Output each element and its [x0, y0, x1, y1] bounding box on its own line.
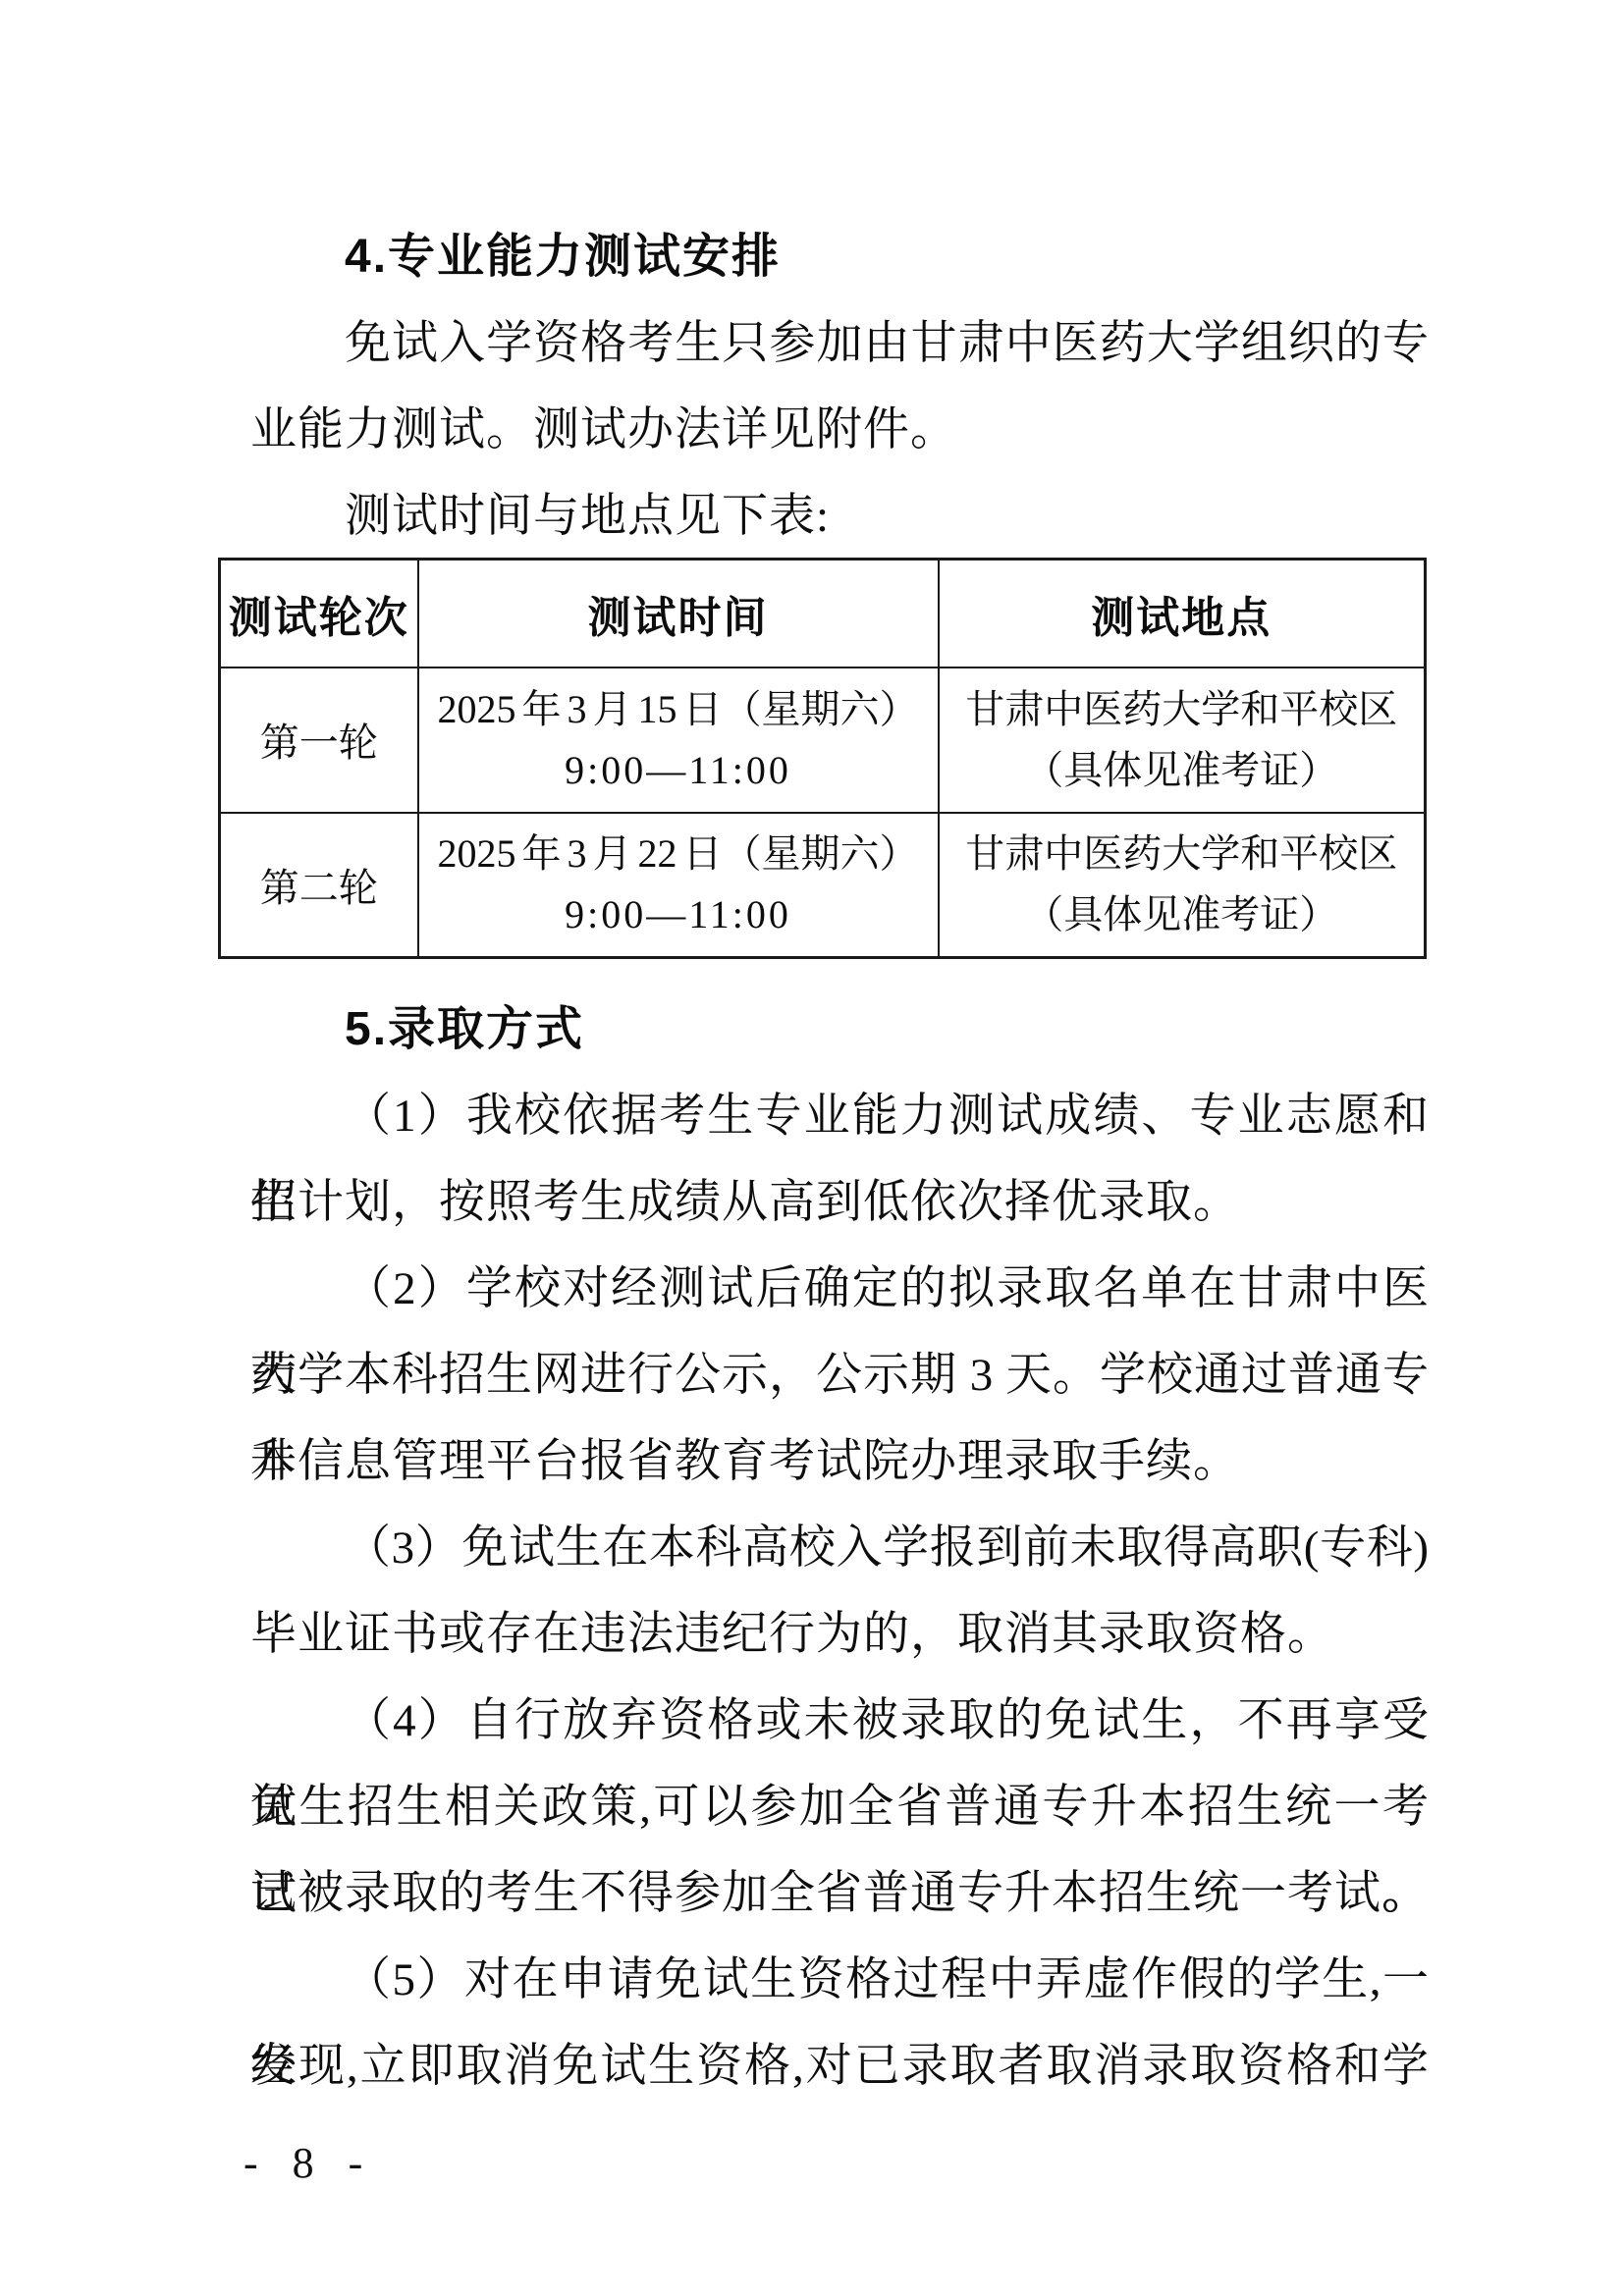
location-cell: 甘肃中医药大学和平校区 （具体见准考证）	[939, 667, 1426, 813]
text-line: （3）免试生在本科高校入学报到前未取得高职(专科)	[250, 1505, 1429, 1591]
section-4-heading: 4.专业能力测试安排	[250, 214, 1429, 300]
text-line: 毕业证书或存在违法违纪行为的，取消其录取资格。	[250, 1591, 1429, 1678]
time-cell: 2025 年 3 月 15 日（星期六） 9:00—11:00	[418, 667, 939, 813]
test-schedule-table: 测试轮次 测试时间 测试地点 第一轮 2025 年 3 月 15 日（星期六） …	[218, 558, 1427, 959]
text-line: 业能力测试。测试办法详见附件。	[250, 387, 1429, 473]
table-header-row: 测试轮次 测试时间 测试地点	[220, 560, 1426, 667]
header-cell-time: 测试时间	[418, 560, 939, 667]
time-hours: 9:00—11:00	[419, 884, 938, 945]
text-line: 本信息管理平台报省教育考试院办理录取手续。	[250, 1418, 1429, 1505]
text-line: 已被录取的考生不得参加全省普通专升本招生统一考试。	[250, 1850, 1429, 1937]
section-4: 4.专业能力测试安排 免试入学资格考生只参加由甘肃中医药大学组织的专 业能力测试…	[250, 214, 1429, 560]
header-cell-location: 测试地点	[939, 560, 1426, 667]
text-line: 发现,立即取消免试生资格,对已录取者取消录取资格和学	[250, 2023, 1429, 2109]
text-line: （1）我校依据考生专业能力测试成绩、专业志愿和招	[250, 1073, 1429, 1159]
table-row: 第二轮 2025 年 3 月 22 日（星期六） 9:00—11:00 甘肃中医…	[220, 813, 1426, 958]
text-line: 免试入学资格考生只参加由甘肃中医药大学组织的专	[250, 300, 1429, 387]
text-line: 生计划，按照考生成绩从高到低依次择优录取。	[250, 1159, 1429, 1246]
text-line: 试生招生相关政策,可以参加全省普通专升本招生统一考试。	[250, 1764, 1429, 1850]
document-page: 4.专业能力测试安排 免试入学资格考生只参加由甘肃中医药大学组织的专 业能力测试…	[0, 0, 1624, 2296]
header-cell-round: 测试轮次	[220, 560, 418, 667]
round-cell: 第一轮	[220, 667, 418, 813]
section-5-heading: 5.录取方式	[250, 987, 1429, 1073]
location-note: （具体见准考证）	[940, 740, 1425, 801]
text-line: 测试时间与地点见下表:	[250, 473, 1429, 560]
text-line: （2）学校对经测试后确定的拟录取名单在甘肃中医药	[250, 1246, 1429, 1332]
table-row: 第一轮 2025 年 3 月 15 日（星期六） 9:00—11:00 甘肃中医…	[220, 667, 1426, 813]
round-cell: 第二轮	[220, 813, 418, 958]
time-date: 2025 年 3 月 15 日（星期六）	[419, 679, 938, 740]
location-cell: 甘肃中医药大学和平校区 （具体见准考证）	[939, 813, 1426, 958]
time-hours: 9:00—11:00	[419, 740, 938, 801]
time-date: 2025 年 3 月 22 日（星期六）	[419, 824, 938, 884]
location-note: （具体见准考证）	[940, 884, 1425, 945]
text-line: （4）自行放弃资格或未被录取的免试生，不再享受免	[250, 1678, 1429, 1764]
section-5: 5.录取方式 （1）我校依据考生专业能力测试成绩、专业志愿和招 生计划，按照考生…	[250, 987, 1429, 2109]
text-line: （5）对在申请免试生资格过程中弄虚作假的学生,一经	[250, 1937, 1429, 2023]
text-line: 大学本科招生网进行公示，公示期 3 天。学校通过普通专升	[250, 1332, 1429, 1418]
page-number: - 8 -	[244, 2138, 374, 2188]
location-name: 甘肃中医药大学和平校区	[940, 679, 1425, 740]
location-name: 甘肃中医药大学和平校区	[940, 824, 1425, 884]
time-cell: 2025 年 3 月 22 日（星期六） 9:00—11:00	[418, 813, 939, 958]
